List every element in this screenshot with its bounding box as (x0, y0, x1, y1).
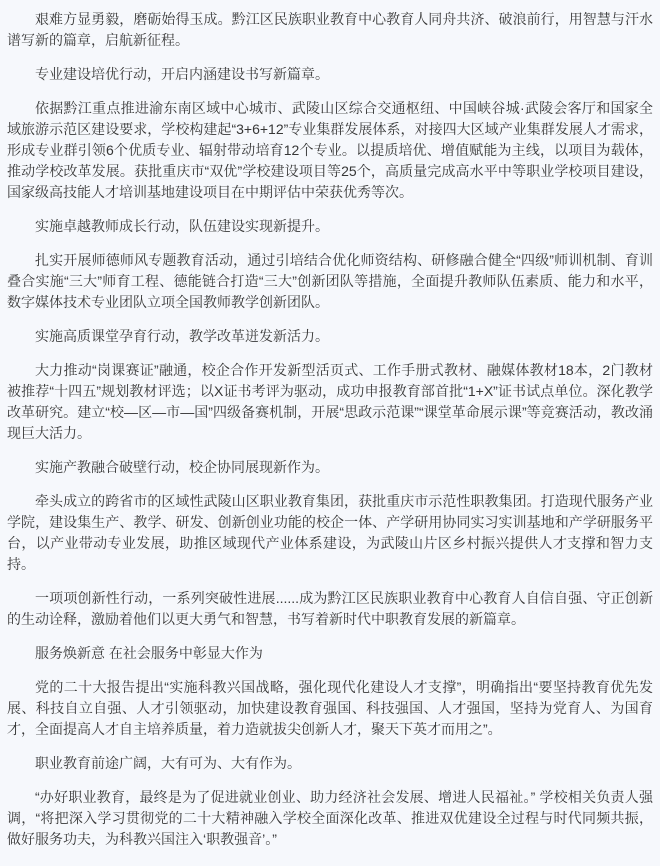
article-paragraph: “办好职业教育，最终是为了促进就业创业、助力经济社会发展、增进人民福祉。” 学校… (7, 787, 653, 850)
article-paragraph: 依据黔江重点推进渝东南区域中心城市、武陵山区综合交通枢纽、中国峡谷城·武陵会客厅… (7, 98, 653, 203)
article-paragraph: 实施卓越教师成长行动，队伍建设实现新提升。 (7, 216, 653, 237)
article-paragraph: 党的二十大报告提出“实施科教兴国战略，强化现代化建设人才支撑”，明确指出“要坚持… (7, 677, 653, 740)
article-paragraph: 扎实开展师德师风专题教育活动，通过引培结合优化师资结构、研修融合健全“四级”师训… (7, 250, 653, 313)
article-paragraph: 实施产教融合破壁行动，校企协同展现新作为。 (7, 457, 653, 478)
article-paragraph: 专业建设培优行动，开启内涵建设书写新篇章。 (7, 64, 653, 85)
article-paragraph: 实施高质课堂孕育行动，教学改革迸发新活力。 (7, 326, 653, 347)
section-heading: 服务焕新意 在社会服务中彰显大作为 (7, 643, 653, 664)
article-paragraph: 职业教育前途广阔，大有可为、大有作为。 (7, 753, 653, 774)
article-paragraph: 艰难方显勇毅，磨砺始得玉成。黔江区民族职业教育中心教育人同舟共济、破浪前行，用智… (7, 9, 653, 51)
article-body: 艰难方显勇毅，磨砺始得玉成。黔江区民族职业教育中心教育人同舟共济、破浪前行，用智… (0, 0, 660, 866)
article-paragraph: 牵头成立的跨省市的区域性武陵山区职业教育集团，获批重庆市示范性职教集团。打造现代… (7, 491, 653, 575)
article-paragraph: 一项项创新性行动，一系列突破性进展......成为黔江区民族职业教育中心教育人自… (7, 588, 653, 630)
article-paragraph: 大力推动“岗课赛证”融通，校企合作开发新型活页式、工作手册式教材、融媒体教材18… (7, 360, 653, 444)
